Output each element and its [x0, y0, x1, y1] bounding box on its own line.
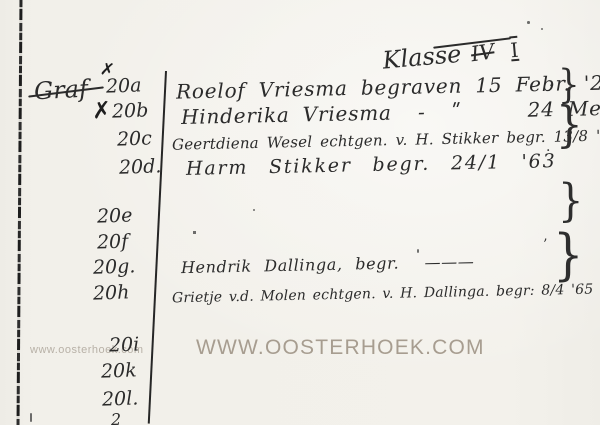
ink-tick-2: · [546, 144, 550, 158]
grave-number-20f: 20f [97, 232, 129, 252]
ink-speck [253, 209, 255, 211]
grave-number-20k: 20k [101, 361, 137, 381]
grave-number-20a: 20a [106, 76, 142, 96]
current-class-value: I [510, 40, 520, 61]
grave-number-20b: 20b [112, 101, 149, 121]
entry-text-20d: Harm Stikker begr. 24/1 '63 [186, 152, 557, 179]
grave-number-20e: 20e [97, 206, 133, 226]
grave-number-partial: 2 [111, 412, 122, 425]
ink-speck [417, 249, 419, 253]
ink-speck [193, 231, 196, 234]
ink-speck [527, 21, 530, 24]
x-mark-before-20b: ✗ [91, 99, 112, 123]
ink-speck [30, 413, 32, 422]
entry-text-20h: Grietje v.d. Molen echtgen. v. H. Dallin… [172, 283, 594, 306]
grave-number-20h: 20h [93, 283, 130, 303]
ink-tick-1: ’ [549, 82, 553, 96]
entry-text-20g: Hendrik Dallinga, begr. ——— [181, 254, 475, 276]
grave-number-20g: 20g. [93, 257, 136, 277]
brace-rows-ef: } [558, 179, 583, 224]
grave-number-20d: 20d. [119, 157, 162, 177]
ink-tick-3: ’ [543, 238, 547, 252]
left-scan-edge-line [17, 0, 23, 425]
struck-class-value: IV [470, 41, 496, 65]
grave-number-20c: 20c [117, 129, 152, 149]
grave-number-20i: 20i [109, 335, 140, 355]
watermark-large: WWW.OOSTERHOEK.COM [196, 336, 485, 360]
column-divider-line [148, 71, 167, 424]
grave-number-20l: 20l. [102, 389, 139, 409]
ink-speck [541, 28, 543, 30]
brace-rows-cd: } [556, 101, 583, 149]
brace-rows-gh: } [553, 227, 584, 282]
entry-text-20c: Geertdiena Wesel echtgen. v. H. Stikker … [172, 128, 600, 152]
scanned-register-page: www.oosterhoek.com WWW.OOSTERHOEK.COM Kl… [0, 0, 600, 425]
